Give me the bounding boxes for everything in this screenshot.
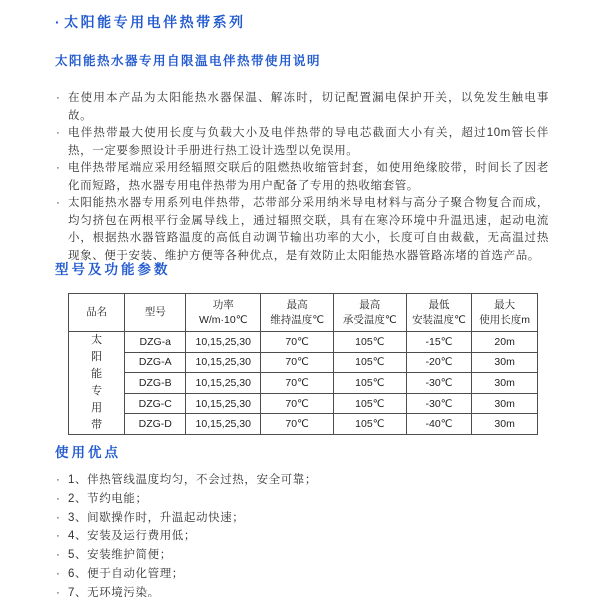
install-temp-cell: -30℃: [406, 373, 472, 394]
power-cell: 10,15,25,30: [186, 352, 261, 373]
max-length-cell: 30m: [472, 393, 538, 414]
list-item: ·4、安装及运行费用低；: [55, 527, 549, 546]
usage-point: ·电伴热带最大使用长度与负载大小及电伴热带的导电芯截面大小有关，超过10m管长伴…: [55, 125, 549, 160]
withstand-temp-cell: 105℃: [333, 332, 406, 353]
col-header-model: 型号: [125, 294, 186, 332]
usage-point: ·电伴热带尾端应采用经辐照交联后的阻燃热收缩管封套，如使用绝缘胶带，时间长了因老…: [55, 160, 549, 195]
advantage-text: 1、伴热管线温度均匀，不会过热，安全可靠；: [68, 474, 317, 486]
spec-section-heading: 型号及功能参数: [55, 258, 171, 278]
usage-point: ·在使用本产品为太阳能热水器保温、解冻时，切记配置漏电保护开关，以免发生触电事故…: [55, 90, 549, 125]
col-header-withstand-temp: 最高承受温度℃: [333, 294, 406, 332]
bullet-icon: ·: [56, 471, 60, 490]
power-cell: 10,15,25,30: [186, 393, 261, 414]
list-item: ·1、伴热管线温度均匀，不会过热，安全可靠；: [55, 471, 549, 490]
list-item: ·3、间歇操作时，升温起动快速；: [55, 509, 549, 528]
usage-point-text: 太阳能热水器专用系列电伴热带，芯带部分采用纳米导电材料与高分子聚合物复合而成，均…: [68, 197, 549, 262]
model-cell: DZG-A: [125, 352, 186, 373]
model-cell: DZG-C: [125, 393, 186, 414]
maintain-temp-cell: 70℃: [261, 332, 334, 353]
col-header-product: 品名: [69, 294, 125, 332]
bullet-icon: ·: [56, 195, 60, 213]
col-header-maintain-temp: 最高维持温度℃: [261, 294, 334, 332]
bullet-icon: ·: [56, 125, 60, 143]
product-name-cell: 太阳能专用带: [69, 332, 125, 435]
spec-table: 品名 型号 功率W/m·10℃ 最高维持温度℃ 最高承受温度℃ 最低安装温度℃ …: [68, 293, 538, 435]
bullet-icon: ·: [56, 490, 60, 509]
table-row: DZG-C 10,15,25,30 70℃ 105℃ -30℃ 30m: [69, 393, 538, 414]
power-cell: 10,15,25,30: [186, 414, 261, 435]
usage-instructions-heading: 太阳能热水器专用自限温电伴热带使用说明: [55, 51, 321, 69]
usage-points-list: ·在使用本产品为太阳能热水器保温、解冻时，切记配置漏电保护开关，以免发生触电事故…: [55, 90, 549, 265]
max-length-cell: 20m: [472, 332, 538, 353]
withstand-temp-cell: 105℃: [333, 373, 406, 394]
power-cell: 10,15,25,30: [186, 332, 261, 353]
col-header-install-temp: 最低安装温度℃: [406, 294, 472, 332]
install-temp-cell: -40℃: [406, 414, 472, 435]
col-header-power: 功率W/m·10℃: [186, 294, 261, 332]
bullet-icon: ·: [56, 565, 60, 584]
table-row: 太阳能专用带 DZG-a 10,15,25,30 70℃ 105℃ -15℃ 2…: [69, 332, 538, 353]
maintain-temp-cell: 70℃: [261, 414, 334, 435]
maintain-temp-cell: 70℃: [261, 373, 334, 394]
bullet-icon: ·: [56, 90, 60, 108]
spec-table-header-row: 品名 型号 功率W/m·10℃ 最高维持温度℃ 最高承受温度℃ 最低安装温度℃ …: [69, 294, 538, 332]
bullet-icon: ·: [56, 527, 60, 546]
usage-point: ·太阳能热水器专用系列电伴热带，芯带部分采用纳米导电材料与高分子聚合物复合而成，…: [55, 195, 549, 265]
list-item: ·7、无环境污染。: [55, 584, 549, 597]
maintain-temp-cell: 70℃: [261, 393, 334, 414]
col-header-max-length: 最大使用长度m: [472, 294, 538, 332]
advantage-text: 6、便于自动化管理；: [68, 568, 184, 580]
list-item: ·6、便于自动化管理；: [55, 565, 549, 584]
withstand-temp-cell: 105℃: [333, 414, 406, 435]
series-title: ·太阳能专用电伴热带系列: [55, 12, 246, 32]
install-temp-cell: -15℃: [406, 332, 472, 353]
advantage-text: 5、安装维护简便；: [68, 549, 172, 561]
model-cell: DZG-a: [125, 332, 186, 353]
model-cell: DZG-D: [125, 414, 186, 435]
withstand-temp-cell: 105℃: [333, 393, 406, 414]
list-item: ·2、节约电能；: [55, 490, 549, 509]
bullet-icon: ·: [56, 509, 60, 528]
usage-point-text: 电伴热带尾端应采用经辐照交联后的阻燃热收缩管封套，如使用绝缘胶带，时间长了因老化…: [68, 162, 549, 192]
advantages-heading: 使用优点: [55, 441, 121, 461]
max-length-cell: 30m: [472, 414, 538, 435]
install-temp-cell: -30℃: [406, 393, 472, 414]
bullet-icon: ·: [56, 584, 60, 597]
advantage-text: 7、无环境污染。: [68, 587, 160, 597]
max-length-cell: 30m: [472, 373, 538, 394]
withstand-temp-cell: 105℃: [333, 352, 406, 373]
usage-point-text: 在使用本产品为太阳能热水器保温、解冻时，切记配置漏电保护开关，以免发生触电事故。: [68, 92, 549, 122]
advantage-text: 2、节约电能；: [68, 493, 148, 505]
document-page: ·太阳能专用电伴热带系列 太阳能热水器专用自限温电伴热带使用说明 ·在使用本产品…: [0, 0, 600, 597]
table-row: DZG-A 10,15,25,30 70℃ 105℃ -20℃ 30m: [69, 352, 538, 373]
model-cell: DZG-B: [125, 373, 186, 394]
install-temp-cell: -20℃: [406, 352, 472, 373]
advantages-list: ·1、伴热管线温度均匀，不会过热，安全可靠； ·2、节约电能； ·3、间歇操作时…: [55, 471, 549, 597]
usage-point-text: 电伴热带最大使用长度与负载大小及电伴热带的导电芯截面大小有关，超过10m管长伴热…: [68, 127, 549, 157]
series-title-text: 太阳能专用电伴热带系列: [64, 14, 246, 30]
max-length-cell: 30m: [472, 352, 538, 373]
bullet-icon: ·: [56, 160, 60, 178]
bullet-icon: ·: [56, 546, 60, 565]
table-row: DZG-B 10,15,25,30 70℃ 105℃ -30℃ 30m: [69, 373, 538, 394]
list-item: ·5、安装维护简便；: [55, 546, 549, 565]
maintain-temp-cell: 70℃: [261, 352, 334, 373]
power-cell: 10,15,25,30: [186, 373, 261, 394]
table-row: DZG-D 10,15,25,30 70℃ 105℃ -40℃ 30m: [69, 414, 538, 435]
advantage-text: 4、安装及运行费用低；: [68, 530, 196, 542]
product-name-vertical: 太阳能专用带: [90, 332, 103, 434]
advantage-text: 3、间歇操作时，升温起动快速；: [68, 512, 244, 524]
title-bullet: ·: [55, 14, 62, 30]
